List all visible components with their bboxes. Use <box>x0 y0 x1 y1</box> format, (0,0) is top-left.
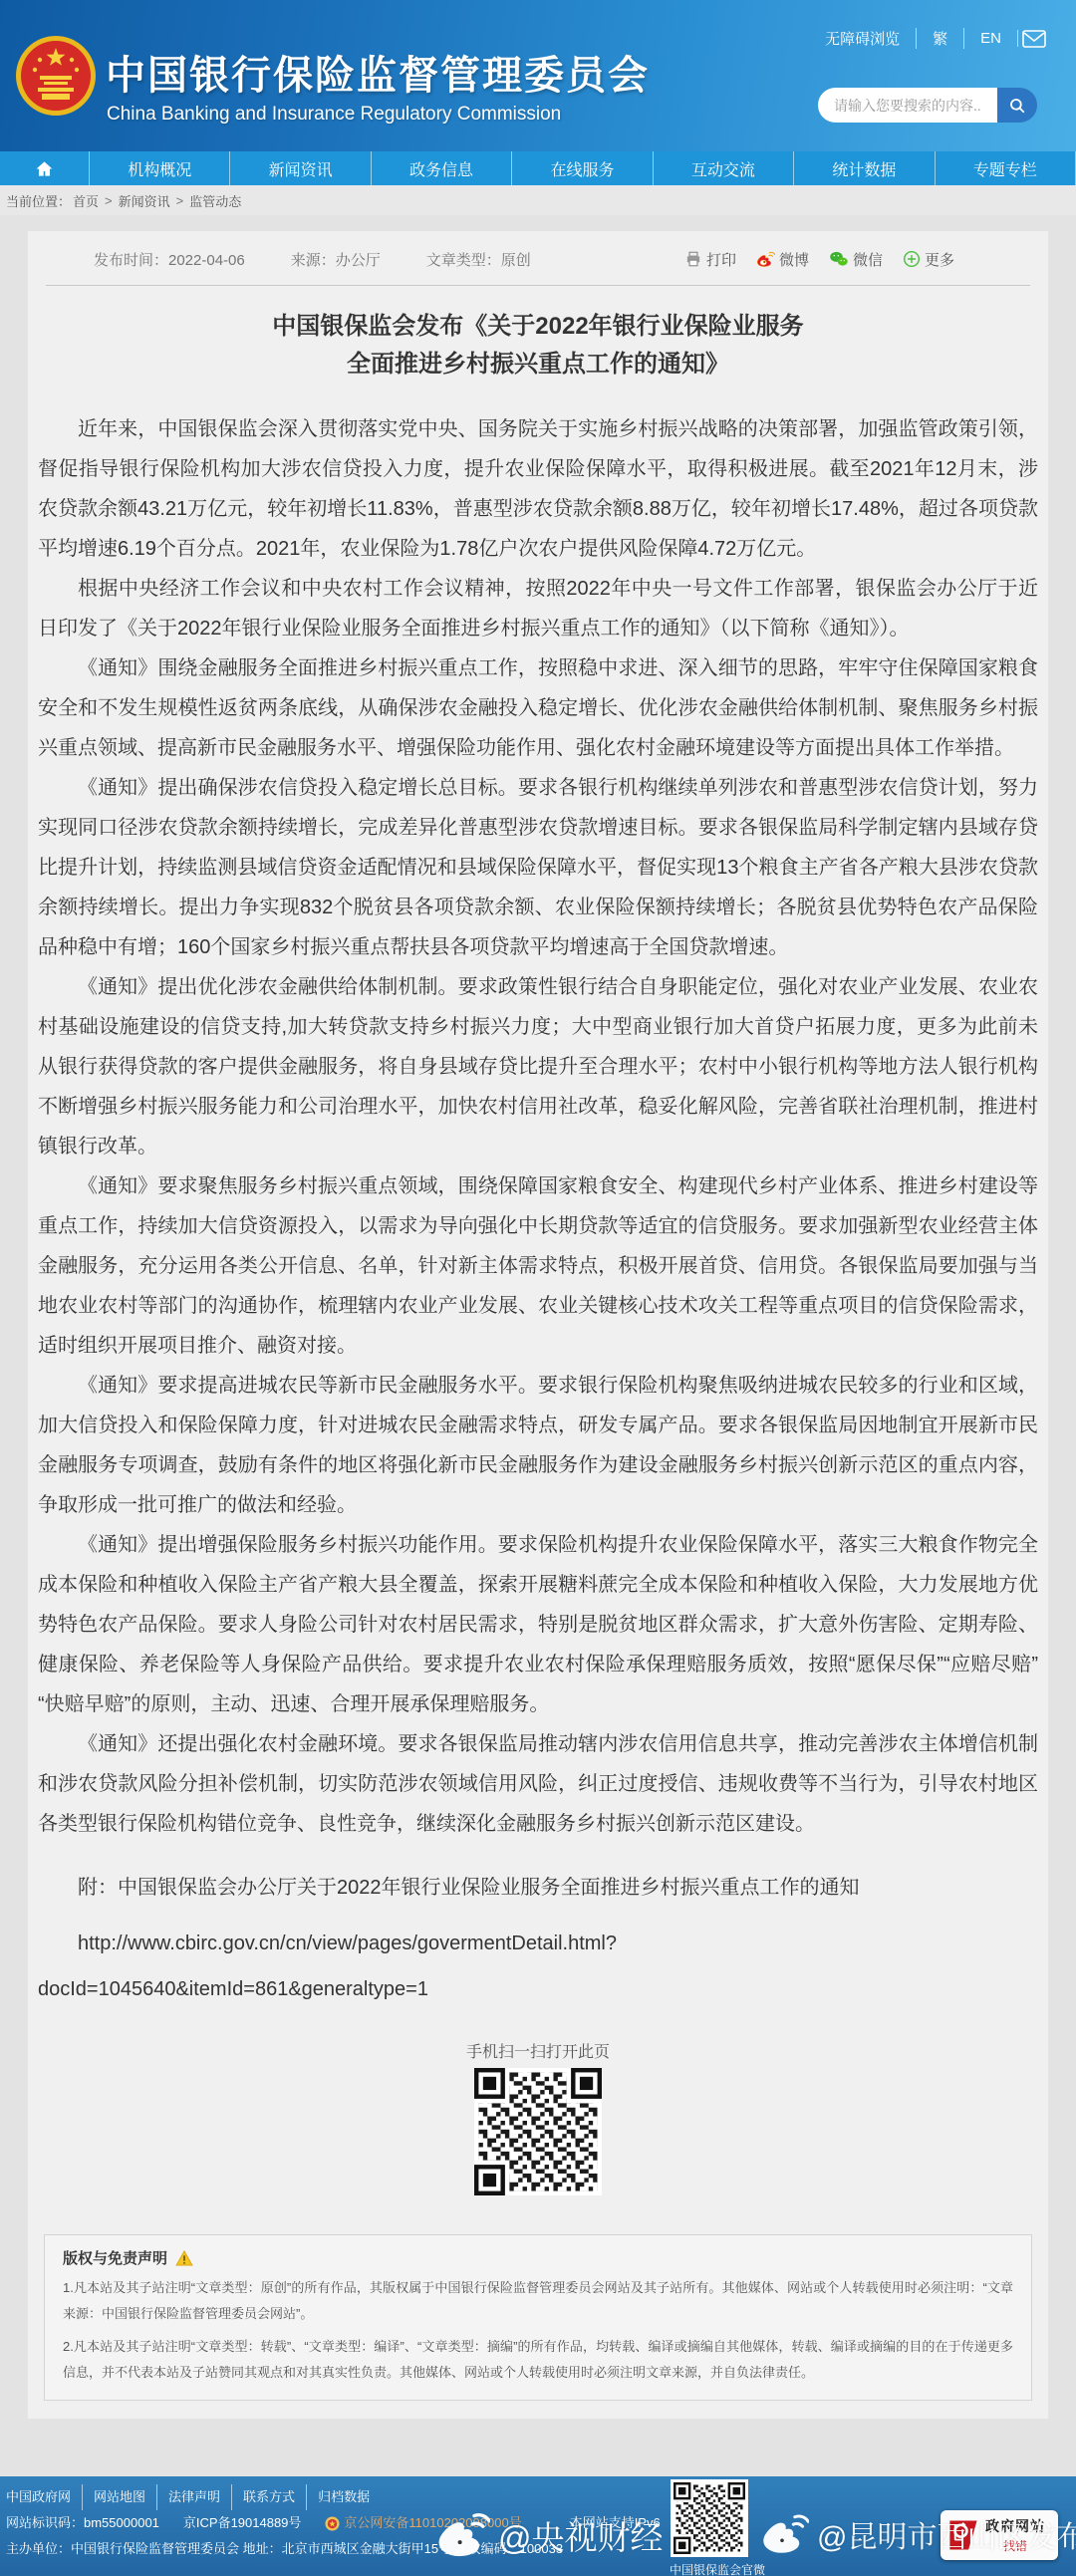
more-share-button[interactable]: 更多 <box>903 249 954 270</box>
paragraph: 《通知》提出增强保险服务乡村振兴功能作用。要求保险机构提升农业保险保障水平，落实… <box>38 1525 1038 1724</box>
plus-circle-icon <box>903 250 921 268</box>
header-top-links: 无障碍浏览 繁 EN <box>809 28 1048 49</box>
paragraph: 《通知》还提出强化农村金融环境。要求各银保监局推动辖内涉农信用信息共享，推动完善… <box>38 1724 1038 1844</box>
copyright-item: 1.凡本站及其子站注明“文章类型：原创”的所有作品，其版权属于中国银行保险监督管… <box>63 2275 1013 2327</box>
gov-website-badge[interactable]: 政府网站 找错 <box>941 2510 1058 2560</box>
police-badge-icon <box>325 2516 340 2531</box>
article-type: 文章类型：原创 <box>426 249 531 270</box>
nav-item-special-topics[interactable]: 专题专栏 <box>936 151 1076 185</box>
nav-item-news[interactable]: 新闻资讯 <box>230 151 371 185</box>
official-wechat-qr-code <box>671 2479 748 2557</box>
page-qr-section: 手机扫一扫打开此页 <box>38 2039 1038 2200</box>
footer-link-legal[interactable]: 法律声明 <box>157 2484 232 2510</box>
breadcrumb-separator: > <box>101 193 117 208</box>
footer-host-line: 主办单位：中国银行保险监督管理委员会 地址：北京市西城区金融大街甲15号 邮政编… <box>6 2536 1076 2562</box>
publish-date: 发布时间：2022-04-06 <box>94 249 245 270</box>
paragraph: 《通知》提出优化涉农金融供给体制机制。要求政策性银行结合自身职能定位，强化对农业… <box>38 967 1038 1166</box>
printer-icon <box>684 250 702 268</box>
attachment-title: 附：中国银保监会办公厅关于2022年银行业保险业服务全面推进乡村振兴重点工作的通… <box>38 1868 1038 1908</box>
paragraph: 《通知》提出确保涉农信贷投入稳定增长总目标。要求各银行机构继续单列涉农和普惠型涉… <box>38 768 1038 967</box>
article-meta: 发布时间：2022-04-06 来源：办公厅 文章类型：原创 打印 微博 <box>38 241 1038 277</box>
english-link[interactable]: EN <box>964 30 1018 47</box>
footer-link-sitemap[interactable]: 网站地图 <box>83 2484 157 2510</box>
meta-divider <box>46 285 1030 286</box>
footer-link-gov[interactable]: 中国政府网 <box>6 2484 83 2510</box>
footer-qr: 中国银保监会官微 <box>670 2479 749 2576</box>
page: 中国银行保险监督管理委员会 China Banking and Insuranc… <box>0 0 1076 2576</box>
site-title-en: China Banking and Insurance Regulatory C… <box>107 104 561 126</box>
national-emblem-logo <box>14 34 98 118</box>
nav-item-statistics[interactable]: 统计数据 <box>794 151 935 185</box>
qr-caption: 手机扫一扫打开此页 <box>38 2039 1038 2062</box>
search-button[interactable] <box>997 88 1037 123</box>
home-icon <box>35 159 54 178</box>
article-source: 来源：办公厅 <box>291 249 381 270</box>
breadcrumb: 当前位置： 首页 > 新闻资讯 > 监管动态 <box>0 185 1076 215</box>
copyright-item: 2.凡本站及其子站注明“文章类型：转载”、“文章类型：编译”、“文章类型：摘编”… <box>63 2334 1013 2386</box>
print-button[interactable]: 打印 <box>684 249 736 270</box>
site-footer: 中国政府网 网站地图 法律声明 联系方式 归档数据 网站标识码：bm550000… <box>0 2476 1076 2576</box>
site-search <box>818 88 1037 123</box>
breadcrumb-news[interactable]: 新闻资讯 <box>117 191 172 210</box>
nav-item-interaction[interactable]: 互动交流 <box>654 151 794 185</box>
content-panel: 发布时间：2022-04-06 来源：办公厅 文章类型：原创 打印 微博 <box>28 231 1048 2419</box>
nav-item-about[interactable]: 机构概况 <box>90 151 230 185</box>
mail-icon[interactable] <box>1022 29 1048 49</box>
search-input[interactable] <box>818 88 997 123</box>
police-registration[interactable]: 京公网安备11010202008000号 <box>325 2510 545 2536</box>
footer-registration-line: 网站标识码：bm55000001 京ICP备19014889号 京公网安备110… <box>6 2510 1076 2536</box>
attachment-section: 附：中国银保监会办公厅关于2022年银行业保险业服务全面推进乡村振兴重点工作的通… <box>38 1868 1038 2009</box>
share-tools: 打印 微博 微信 <box>684 249 954 270</box>
accessibility-link[interactable]: 无障碍浏览 <box>809 28 917 49</box>
copyright-title: 版权与免责声明 <box>63 2247 1013 2268</box>
nav-item-online-services[interactable]: 在线服务 <box>512 151 653 185</box>
gov-badge-icon <box>946 2515 980 2555</box>
breadcrumb-label: 当前位置： <box>6 191 71 210</box>
paragraph: 近年来，中国银保监会深入贯彻落实党中央、国务院关于实施乡村振兴战略的决策部署，加… <box>38 409 1038 569</box>
magnifier-icon <box>1008 97 1026 115</box>
page-qr-code <box>474 2068 602 2195</box>
footer-link-archive[interactable]: 归档数据 <box>307 2484 381 2510</box>
footer-link-contact[interactable]: 联系方式 <box>232 2484 307 2510</box>
site-title-cn: 中国银行保险监督管理委员会 <box>106 44 650 101</box>
traditional-chinese-link[interactable]: 繁 <box>917 28 964 49</box>
weibo-icon <box>756 250 775 269</box>
footer-qr-label: 中国银保监会官微 <box>670 2561 749 2576</box>
main-nav: 机构概况 新闻资讯 政务信息 在线服务 互动交流 统计数据 专题专栏 <box>0 151 1076 185</box>
gov-badge-line1: 政府网站 <box>985 2516 1045 2536</box>
breadcrumb-home[interactable]: 首页 <box>71 191 101 210</box>
wechat-share-button[interactable]: 微信 <box>829 249 883 270</box>
article-title: 中国银保监会发布《关于2022年银行业保险业服务 全面推进乡村振兴重点工作的通知… <box>38 308 1038 384</box>
breadcrumb-separator: > <box>172 193 188 208</box>
copyright-notice: 版权与免责声明 1.凡本站及其子站注明“文章类型：原创”的所有作品，其版权属于中… <box>44 2234 1032 2401</box>
nav-item-government-info[interactable]: 政务信息 <box>372 151 512 185</box>
breadcrumb-current[interactable]: 监管动态 <box>187 191 243 210</box>
attachment-link[interactable]: http://www.cbirc.gov.cn/cn/view/pages/go… <box>38 1924 1038 1963</box>
article-body: 近年来，中国银保监会深入贯彻落实党中央、国务院关于实施乡村振兴战略的决策部署，加… <box>38 409 1038 1844</box>
site-header: 中国银行保险监督管理委员会 China Banking and Insuranc… <box>0 0 1076 151</box>
site-code: 网站标识码：bm55000001 <box>6 2510 159 2536</box>
wechat-icon <box>829 249 849 269</box>
paragraph: 《通知》要求聚焦服务乡村振兴重点领域，围绕保障国家粮食安全、构建现代乡村产业体系… <box>38 1166 1038 1366</box>
warning-icon <box>175 2250 193 2266</box>
nav-home[interactable] <box>0 151 90 185</box>
footer-links: 中国政府网 网站地图 法律声明 联系方式 归档数据 <box>6 2484 1076 2510</box>
paragraph: 根据中央经济工作会议和中央农村工作会议精神，按照2022年中央一号文件工作部署，… <box>38 569 1038 648</box>
weibo-share-button[interactable]: 微博 <box>756 249 809 270</box>
gov-badge-line2: 找错 <box>1003 2537 1027 2554</box>
paragraph: 《通知》要求提高进城农民等新市民金融服务水平。要求银行保险机构聚焦吸纳进城农民较… <box>38 1366 1038 1525</box>
ipv6-support: 本网站支持IPv6 <box>570 2510 661 2536</box>
attachment-link[interactable]: docId=1045640&itemId=861&generaltype=1 <box>38 1969 1038 2009</box>
paragraph: 《通知》围绕金融服务全面推进乡村振兴重点工作，按照稳中求进、深入细节的思路，牢牢… <box>38 648 1038 768</box>
icp-number[interactable]: 京ICP备19014889号 <box>183 2510 302 2536</box>
